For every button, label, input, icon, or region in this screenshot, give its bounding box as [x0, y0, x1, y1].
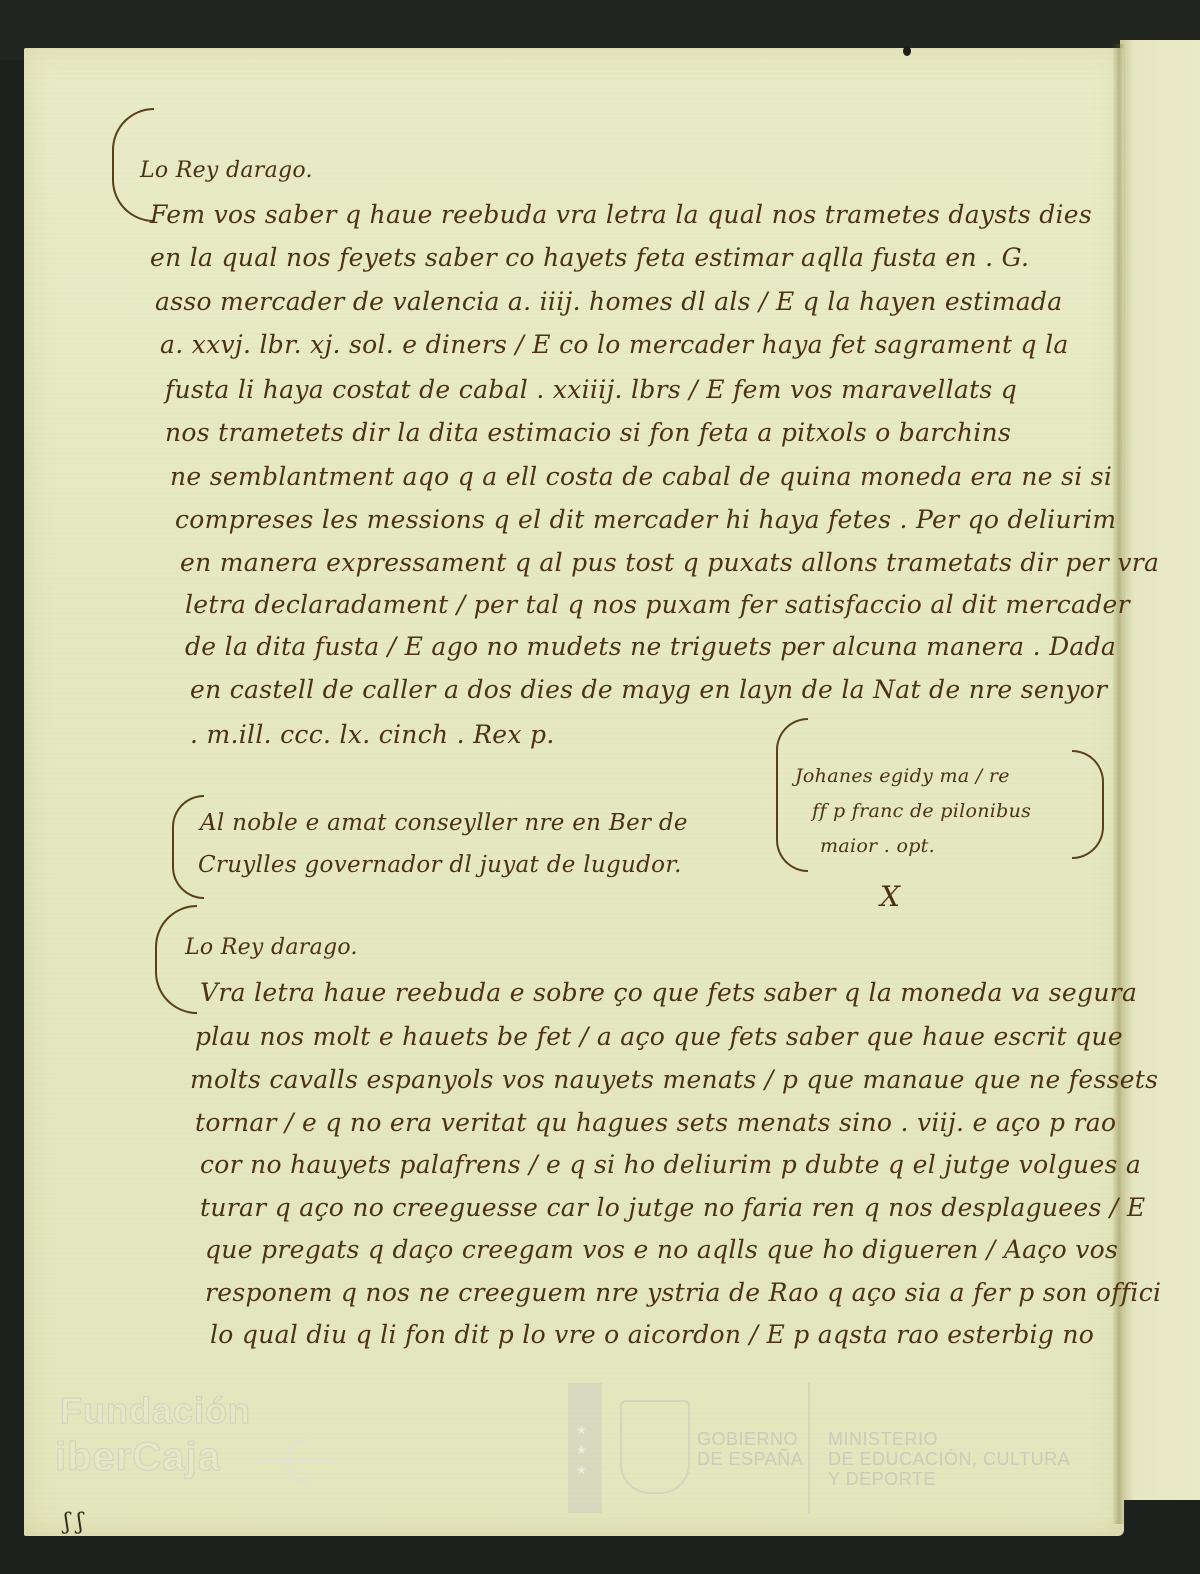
letter2-heading: Lo Rey darago. [185, 935, 358, 960]
letter1-line: ne semblantment aqo q a ell costa de cab… [170, 462, 1112, 491]
fundacion-ibercaja-watermark: Fundación [60, 1390, 251, 1432]
ministerio-watermark: Y DEPORTE [828, 1470, 936, 1488]
gobierno-watermark: GOBIERNO [697, 1430, 798, 1448]
letter2-line: Vra letra haue reebuda e sobre ço que fe… [200, 978, 1137, 1007]
letter2-line: molts cavalls espanyols vos nauyets mena… [190, 1065, 1158, 1094]
letter2-line: plau nos molt e hauets be fet / a aço qu… [195, 1022, 1123, 1051]
letter1-line: Fem vos saber q haue reebuda vra letra l… [150, 200, 1092, 229]
fundacion-ibercaja-watermark: iberCaja [55, 1435, 221, 1480]
spain-flag-watermark-icon: ★ ★ ★ [568, 1383, 602, 1513]
letter2-line: responem q nos ne creeguem nre ystria de… [205, 1278, 1161, 1307]
gobierno-watermark: DE ESPAÑA [697, 1450, 803, 1468]
letter1-line: de la dita fusta / E ago no mudets ne tr… [185, 632, 1116, 661]
letter2-line: lo qual diu q li fon dit p lo vre o aico… [210, 1320, 1094, 1349]
letter1-heading: Lo Rey darago. [140, 158, 313, 183]
notation-bracket-right [1072, 750, 1104, 859]
letter1-line: nos trametets dir la dita estimacio si f… [165, 418, 1011, 447]
letter1-line: letra declaradament / per tal q nos puxa… [185, 590, 1130, 619]
letter2-line: tornar / e q no era veritat qu hagues se… [195, 1108, 1116, 1137]
letter1-line: en la qual nos feyets saber co hayets fe… [150, 243, 1029, 272]
watermark-divider [808, 1383, 810, 1513]
address-line: Cruylles governador dl juyat de lugudor. [198, 852, 682, 878]
letter1-line: compreses les messions q el dit mercader… [175, 505, 1116, 534]
letter2-line: turar q aço no creeguesse car lo jutge n… [200, 1193, 1145, 1222]
notation-line: Johanes egidy ma / re [795, 765, 1010, 787]
coat-of-arms-watermark-icon [620, 1400, 690, 1494]
letter1-date: . m.ill. ccc. lx. cinch . Rex p. [190, 720, 555, 749]
notation-line: maior . opt. [820, 835, 935, 857]
letter1-line: asso mercader de valencia a. iiij. homes… [155, 287, 1062, 316]
letter2-line: cor no hauyets palafrens / e q si ho del… [200, 1150, 1141, 1179]
letter1-line: en castell de caller a dos dies de mayg … [190, 675, 1107, 704]
address-line: Al noble e amat conseyller nre en Ber de [200, 810, 688, 836]
ministerio-watermark: DE EDUCACIÓN, CULTURA [828, 1450, 1070, 1468]
letter1-line: en manera expressament q al pus tost q p… [180, 548, 1159, 577]
letter1-line: a. xxvj. lbr. xj. sol. e diners / E co l… [160, 330, 1069, 359]
page-clip-mark: ʃ ʃ [64, 1510, 83, 1535]
letter2-line: que pregats q daço creegam vos e no aqll… [205, 1235, 1118, 1264]
notation-mark: X [880, 880, 900, 913]
ibercaja-logo-icon [250, 1432, 340, 1492]
notation-line: ff p franc de pilonibus [812, 800, 1031, 822]
notation-bracket [776, 718, 808, 872]
page-hole [903, 46, 911, 56]
ministerio-watermark: MINISTERIO [828, 1430, 938, 1448]
letter1-line: fusta li haya costat de cabal . xxiiij. … [165, 375, 1017, 404]
